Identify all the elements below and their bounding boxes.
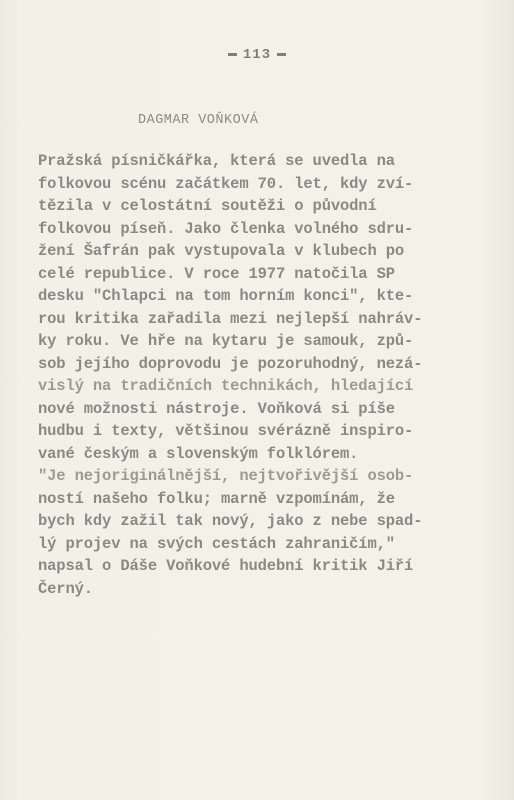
text-line: tězila v celostátní soutěži o původní bbox=[38, 195, 508, 218]
text-line: ky roku. Ve hře na kytaru je samouk, způ… bbox=[38, 330, 508, 353]
text-line: napsal o Dáše Voňkové hudební kritik Jiř… bbox=[38, 555, 508, 578]
text-line: bych kdy zažil tak nový, jako z nebe spa… bbox=[38, 510, 508, 533]
author-heading: DAGMAR VOŇKOVÁ bbox=[138, 113, 258, 128]
text-line: rou kritika zařadila mezi nejlepší nahrá… bbox=[38, 308, 508, 331]
text-line: Pražská písničkářka, která se uvedla na bbox=[38, 150, 508, 173]
text-line: folkovou píseň. Jako členka volného sdru… bbox=[38, 218, 508, 241]
body-text: Pražská písničkářka, která se uvedla na … bbox=[38, 150, 508, 600]
text-line: celé republice. V roce 1977 natočila SP bbox=[38, 263, 508, 286]
text-line: "Je nejoriginálnější, nejtvořivější osob… bbox=[38, 465, 508, 488]
dash-left bbox=[228, 53, 237, 56]
text-line: hudbu i texty, většinou svérázně inspiro… bbox=[38, 420, 508, 443]
text-line: sob jejího doprovodu je pozoruhodný, nez… bbox=[38, 353, 508, 376]
page-number: 113 bbox=[0, 47, 514, 63]
text-line: desku "Chlapci na tom horním konci", kte… bbox=[38, 285, 508, 308]
text-line: ností našeho folku; marně vzpomínám, že bbox=[38, 488, 508, 511]
text-line: žení Šafrán pak vystupovala v klubech po bbox=[38, 240, 508, 263]
text-line: nové možnosti nástroje. Voňková si píše bbox=[38, 398, 508, 421]
typewritten-page: 113 DAGMAR VOŇKOVÁ Pražská písničkářka, … bbox=[0, 0, 514, 800]
text-line: Černý. bbox=[38, 578, 508, 601]
text-line: lý projev na svých cestách zahraničím," bbox=[38, 533, 508, 556]
text-line: folkovou scénu začátkem 70. let, kdy zví… bbox=[38, 173, 508, 196]
text-line: vané českým a slovenským folklórem. bbox=[38, 443, 508, 466]
page-number-value: 113 bbox=[243, 47, 271, 63]
dash-right bbox=[277, 53, 286, 56]
text-line: vislý na tradičních technikách, hledajíc… bbox=[38, 375, 508, 398]
